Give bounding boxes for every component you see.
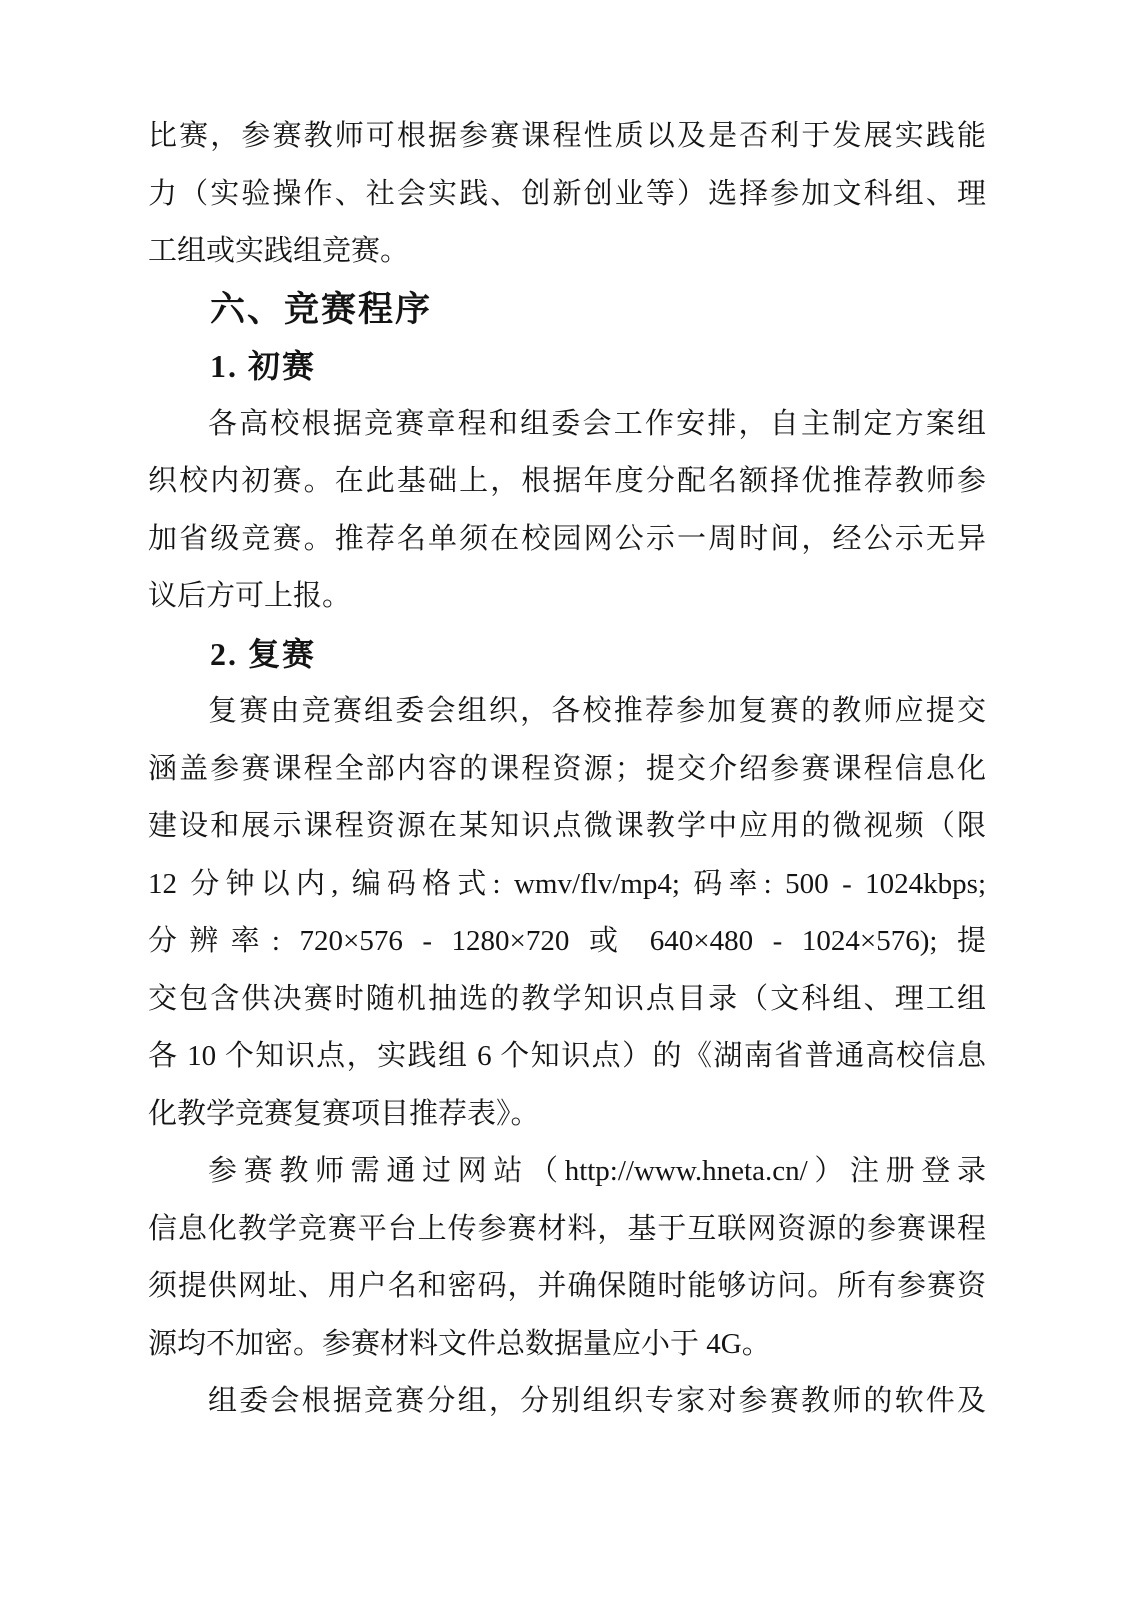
text-line: 各高校根据竞赛章程和组委会工作安排，自主制定方案组 <box>148 396 986 454</box>
text-line: 涵盖参赛课程全部内容的课程资源；提交介绍参赛课程信息化 <box>148 741 986 799</box>
text-line: 复赛由竞赛组委会组织，各校推荐参加复赛的教师应提交 <box>148 683 986 741</box>
text-line: 交包含供决赛时随机抽选的教学知识点目录（文科组、理工组 <box>148 971 986 1029</box>
text-line: 组委会根据竞赛分组，分别组织专家对参赛教师的软件及 <box>148 1373 986 1431</box>
text-line: 织校内初赛。在此基础上，根据年度分配名额择优推荐教师参 <box>148 453 986 511</box>
text-line: 参赛教师需通过网站（http://www.hneta.cn/）注册登录 <box>148 1143 986 1201</box>
text-line: 各 10 个知识点，实践组 6 个知识点）的《湖南省普通高校信息 <box>148 1028 986 1086</box>
text-line: 工组或实践组竞赛。 <box>148 223 986 281</box>
document-content: 比赛，参赛教师可根据参赛课程性质以及是否利于发展实践能力（实验操作、社会实践、创… <box>148 108 986 1431</box>
document-page: 比赛，参赛教师可根据参赛课程性质以及是否利于发展实践能力（实验操作、社会实践、创… <box>0 0 1131 1600</box>
text-line: 化教学竞赛复赛项目推荐表》。 <box>148 1086 986 1144</box>
section-heading: 六、竞赛程序 <box>148 281 986 339</box>
text-line: 源均不加密。参赛材料文件总数据量应小于 4G。 <box>148 1316 986 1374</box>
subsection-heading: 2. 复赛 <box>148 626 986 684</box>
text-line: 加省级竞赛。推荐名单须在校园网公示一周时间，经公示无异 <box>148 511 986 569</box>
text-line: 12 分钟以内, 编码格式: wmv/flv/mp4; 码率: 500 - 10… <box>148 856 986 914</box>
text-line: 须提供网址、用户名和密码，并确保随时能够访问。所有参赛资 <box>148 1258 986 1316</box>
text-line: 信息化教学竞赛平台上传参赛材料，基于互联网资源的参赛课程 <box>148 1201 986 1259</box>
text-line: 比赛，参赛教师可根据参赛课程性质以及是否利于发展实践能 <box>148 108 986 166</box>
text-line: 议后方可上报。 <box>148 568 986 626</box>
text-line: 力（实验操作、社会实践、创新创业等）选择参加文科组、理 <box>148 166 986 224</box>
text-line: 分辨率: 720×576 - 1280×720 或 640×480 - 1024… <box>148 913 986 971</box>
subsection-heading: 1. 初赛 <box>148 338 986 396</box>
text-line: 建设和展示课程资源在某知识点微课教学中应用的微视频（限 <box>148 798 986 856</box>
